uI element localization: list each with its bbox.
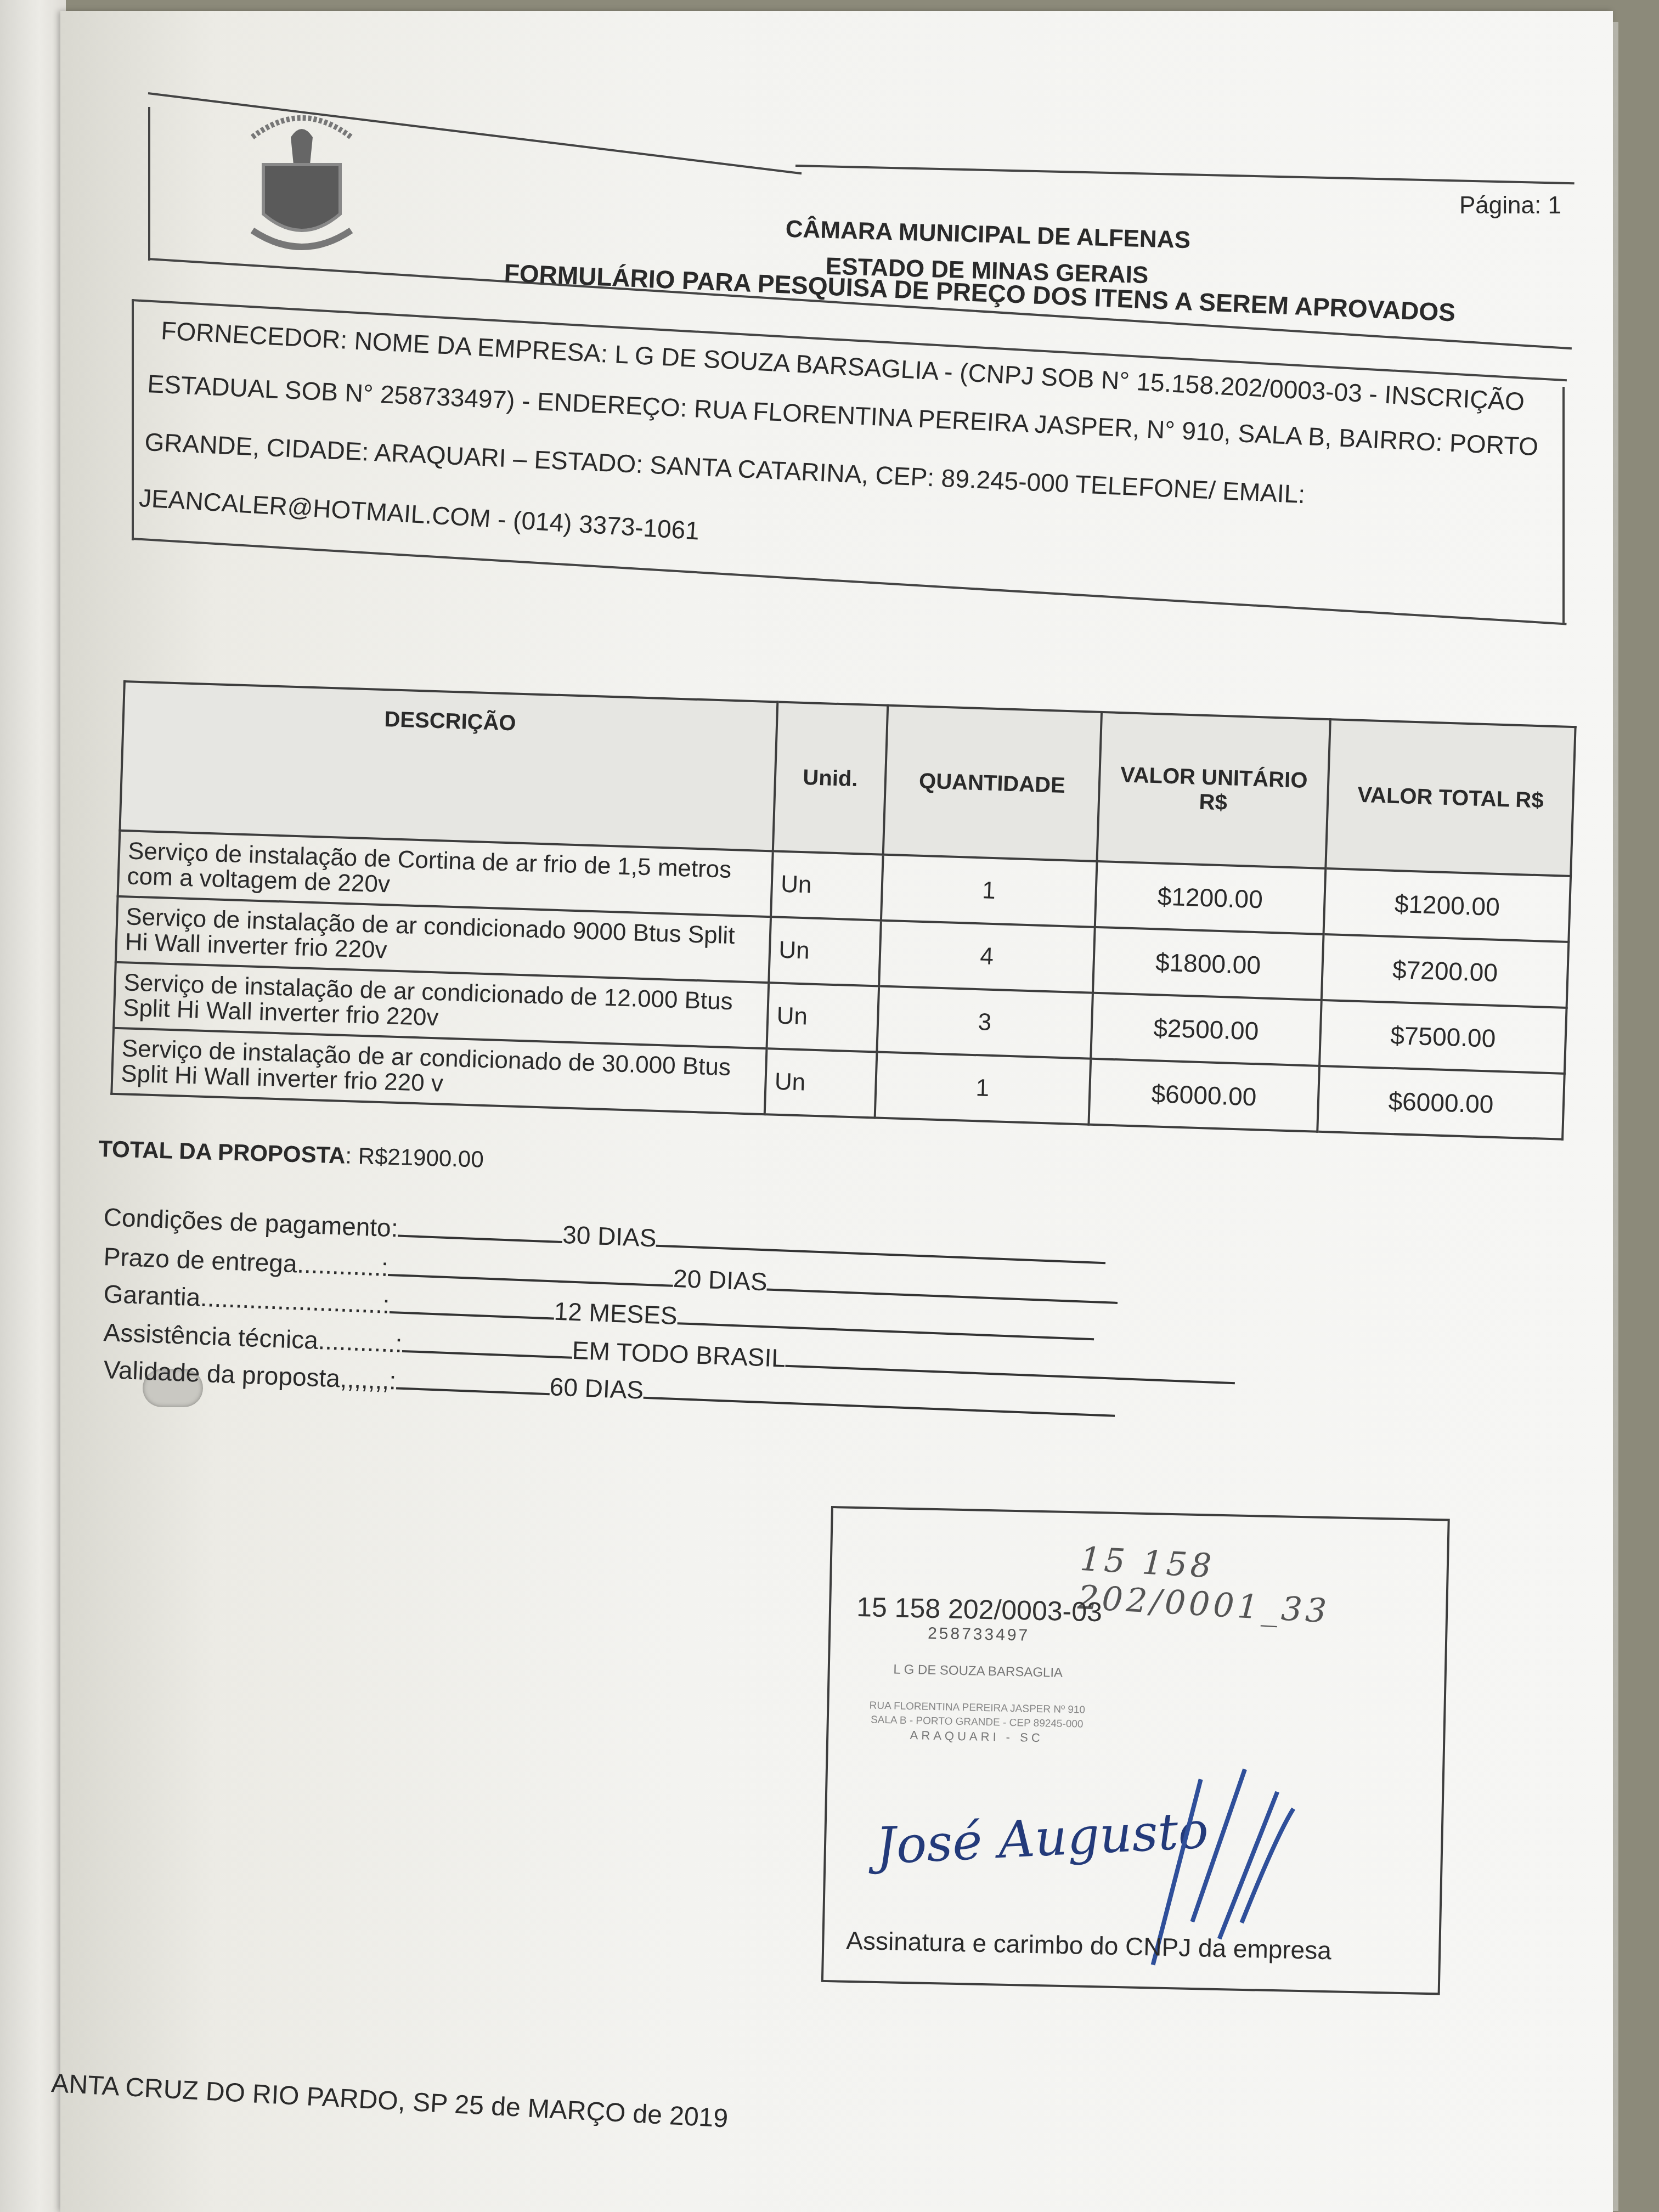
- handwritten-cnpj: 15 158 202/0001_33: [1077, 1540, 1448, 1637]
- column-header-total-value: VALOR TOTAL R$: [1325, 719, 1575, 876]
- condition-value: 60 DIAS: [549, 1372, 644, 1404]
- item-unit: Un: [765, 1048, 877, 1118]
- items-table-container: DESCRIÇÃO Unid. QUANTIDADE VALOR UNITÁRI…: [110, 680, 1576, 1141]
- item-quantity: 1: [881, 855, 1097, 927]
- stamp-company-name: L G DE SOUZA BARSAGLIA: [851, 1661, 1104, 1682]
- item-unit-value: $6000.00: [1088, 1059, 1319, 1132]
- condition-value: 30 DIAS: [562, 1220, 657, 1252]
- item-total-value: $6000.00: [1317, 1066, 1564, 1139]
- page-number: Página: 1: [1459, 192, 1561, 219]
- column-header-unit-value: VALOR UNITÁRIO R$: [1097, 712, 1330, 868]
- item-quantity: 3: [877, 986, 1092, 1059]
- item-unit: Un: [767, 983, 879, 1052]
- item-unit-value: $2500.00: [1091, 993, 1322, 1066]
- column-header-description: DESCRIÇÃO: [120, 681, 777, 851]
- item-unit-value: $1200.00: [1094, 861, 1325, 934]
- item-total-value: $7200.00: [1322, 934, 1568, 1008]
- supplier-right-border: [1562, 387, 1565, 623]
- municipal-crest-icon: [230, 104, 373, 269]
- condition-value: 20 DIAS: [673, 1264, 768, 1296]
- binder-edge: [0, 0, 66, 2212]
- condition-value: 12 MESES: [554, 1297, 678, 1330]
- column-header-quantity: QUANTIDADE: [883, 706, 1101, 861]
- item-unit: Un: [769, 917, 881, 986]
- column-header-unit: Unid.: [773, 702, 888, 854]
- supplier-left-border: [132, 299, 134, 540]
- item-total-value: $7500.00: [1319, 1000, 1566, 1074]
- stamp-cnpj: 15 158 202/0003-03: [853, 1591, 1106, 1628]
- item-unit: Un: [771, 851, 883, 920]
- items-table: DESCRIÇÃO Unid. QUANTIDADE VALOR UNITÁRI…: [110, 680, 1576, 1141]
- company-stamp: 15 158 202/0003-03 258733497 L G DE SOUZ…: [850, 1591, 1106, 1747]
- item-unit-value: $1800.00: [1093, 927, 1324, 1000]
- item-quantity: 4: [879, 921, 1094, 993]
- item-total-value: $1200.00: [1324, 868, 1571, 942]
- fill-line: [396, 1365, 550, 1395]
- header-left-border: [148, 107, 150, 261]
- proposal-total-value: : R$21900.00: [345, 1143, 484, 1172]
- signature-stamp-box: 15 158 202/0001_33 15 158 202/0003-03 25…: [821, 1506, 1450, 1995]
- item-quantity: 1: [874, 1052, 1090, 1124]
